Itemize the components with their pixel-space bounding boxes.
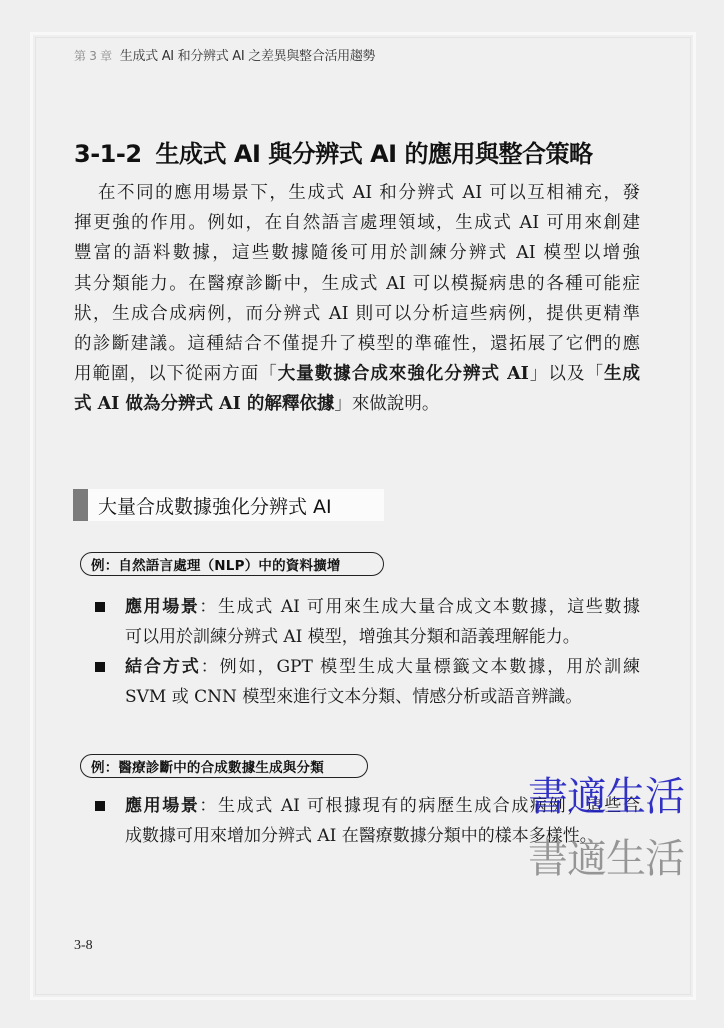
- paragraph-line: 狀，生成合成病例，而分辨式 AI 則可以分析這些病例，提供更精準: [74, 299, 640, 329]
- bullet-term: 結合方式: [125, 657, 201, 677]
- section-title: 生成式 AI 與分辨式 AI 的應用與整合策略: [156, 140, 593, 168]
- intro-paragraph: 在不同的應用場景下，生成式 AI 和分辨式 AI 可以互相補充，發 揮更強的作用…: [74, 178, 640, 420]
- paragraph-line: 用範圍，以下從兩方面「大量數據合成來強化分辨式 AI」以及「生成: [74, 359, 640, 389]
- watermark-primary: 書適生活: [528, 765, 684, 822]
- square-bullet-icon: [95, 602, 105, 612]
- bullet-line: SVM 或 CNN 模型來進行文本分類、情感分析或語音辨識。: [125, 682, 640, 712]
- paragraph-line: 式 AI 做為分辨式 AI 的解釋依據」來做說明。: [74, 389, 640, 419]
- text-run: 」來做說明。: [334, 394, 439, 414]
- square-bullet-icon: [95, 801, 105, 811]
- list-item: 應用場景：生成式 AI 可用來生成大量合成文本數據，這些數據 可以用於訓練分辨式…: [95, 592, 640, 652]
- emphasis-topic-2-start: 生成: [604, 364, 640, 384]
- bullet-term: 應用場景: [125, 597, 199, 617]
- bullet-text: 例如，GPT 模型生成大量標籤文本數據，用於訓練: [220, 657, 640, 677]
- page-number: 3-8: [74, 938, 93, 954]
- colon: ：: [199, 597, 218, 617]
- bullet-list-nlp: 應用場景：生成式 AI 可用來生成大量合成文本數據，這些數據 可以用於訓練分辨式…: [95, 592, 640, 712]
- running-header: 第 3 章生成式 AI 和分辨式 AI 之差異與整合活用趨勢: [74, 45, 375, 64]
- example-label-medical: 例：醫療診斷中的合成數據生成與分類: [80, 754, 368, 778]
- chapter-title: 生成式 AI 和分辨式 AI 之差異與整合活用趨勢: [120, 49, 375, 64]
- example-label-nlp: 例：自然語言處理（NLP）中的資料擴增: [80, 552, 384, 576]
- bullet-line: 應用場景：生成式 AI 可用來生成大量合成文本數據，這些數據: [125, 592, 640, 622]
- heading-accent-bar: [73, 489, 88, 521]
- list-item: 結合方式：例如，GPT 模型生成大量標籤文本數據，用於訓練 SVM 或 CNN …: [95, 652, 640, 712]
- bullet-term: 應用場景: [125, 796, 199, 816]
- bullet-line: 可以用於訓練分辨式 AI 模型，增強其分類和語義理解能力。: [125, 622, 640, 652]
- bullet-text: 生成式 AI 可用來生成大量合成文本數據，這些數據: [218, 597, 640, 617]
- emphasis-topic-1: 大量數據合成來強化分辨式 AI: [278, 364, 529, 384]
- text-run: 」以及「: [529, 364, 604, 384]
- paragraph-line: 在不同的應用場景下，生成式 AI 和分辨式 AI 可以互相補充，發: [74, 178, 640, 208]
- chapter-label: 第 3 章: [74, 49, 112, 63]
- watermark-secondary: 書適生活: [528, 827, 684, 884]
- bullet-line: 結合方式：例如，GPT 模型生成大量標籤文本數據，用於訓練: [125, 652, 640, 682]
- paragraph-line: 揮更強的作用。例如，在自然語言處理領域，生成式 AI 可用來創建: [74, 208, 640, 238]
- square-bullet-icon: [95, 662, 105, 672]
- section-number: 3-1-2: [74, 140, 142, 168]
- paragraph-line: 其分類能力。在醫療診斷中，生成式 AI 可以模擬病患的各種可能症: [74, 269, 640, 299]
- text-run: 用範圍，以下從兩方面「: [74, 364, 278, 384]
- paragraph-line: 豐富的語料數據，這些數據隨後可用於訓練分辨式 AI 模型以增強: [74, 238, 640, 268]
- colon: ：: [199, 796, 218, 816]
- paragraph-line: 的診斷建議。這種結合不僅提升了模型的準確性，還拓展了它們的應: [74, 329, 640, 359]
- emphasis-topic-2-end: 式 AI 做為分辨式 AI 的解釋依據: [74, 394, 334, 414]
- section-heading: 3-1-2生成式 AI 與分辨式 AI 的應用與整合策略: [74, 134, 592, 169]
- colon: ：: [201, 657, 220, 677]
- subsection-title: 大量合成數據強化分辨式 AI: [88, 489, 384, 521]
- subsection-heading: 大量合成數據強化分辨式 AI: [73, 489, 384, 521]
